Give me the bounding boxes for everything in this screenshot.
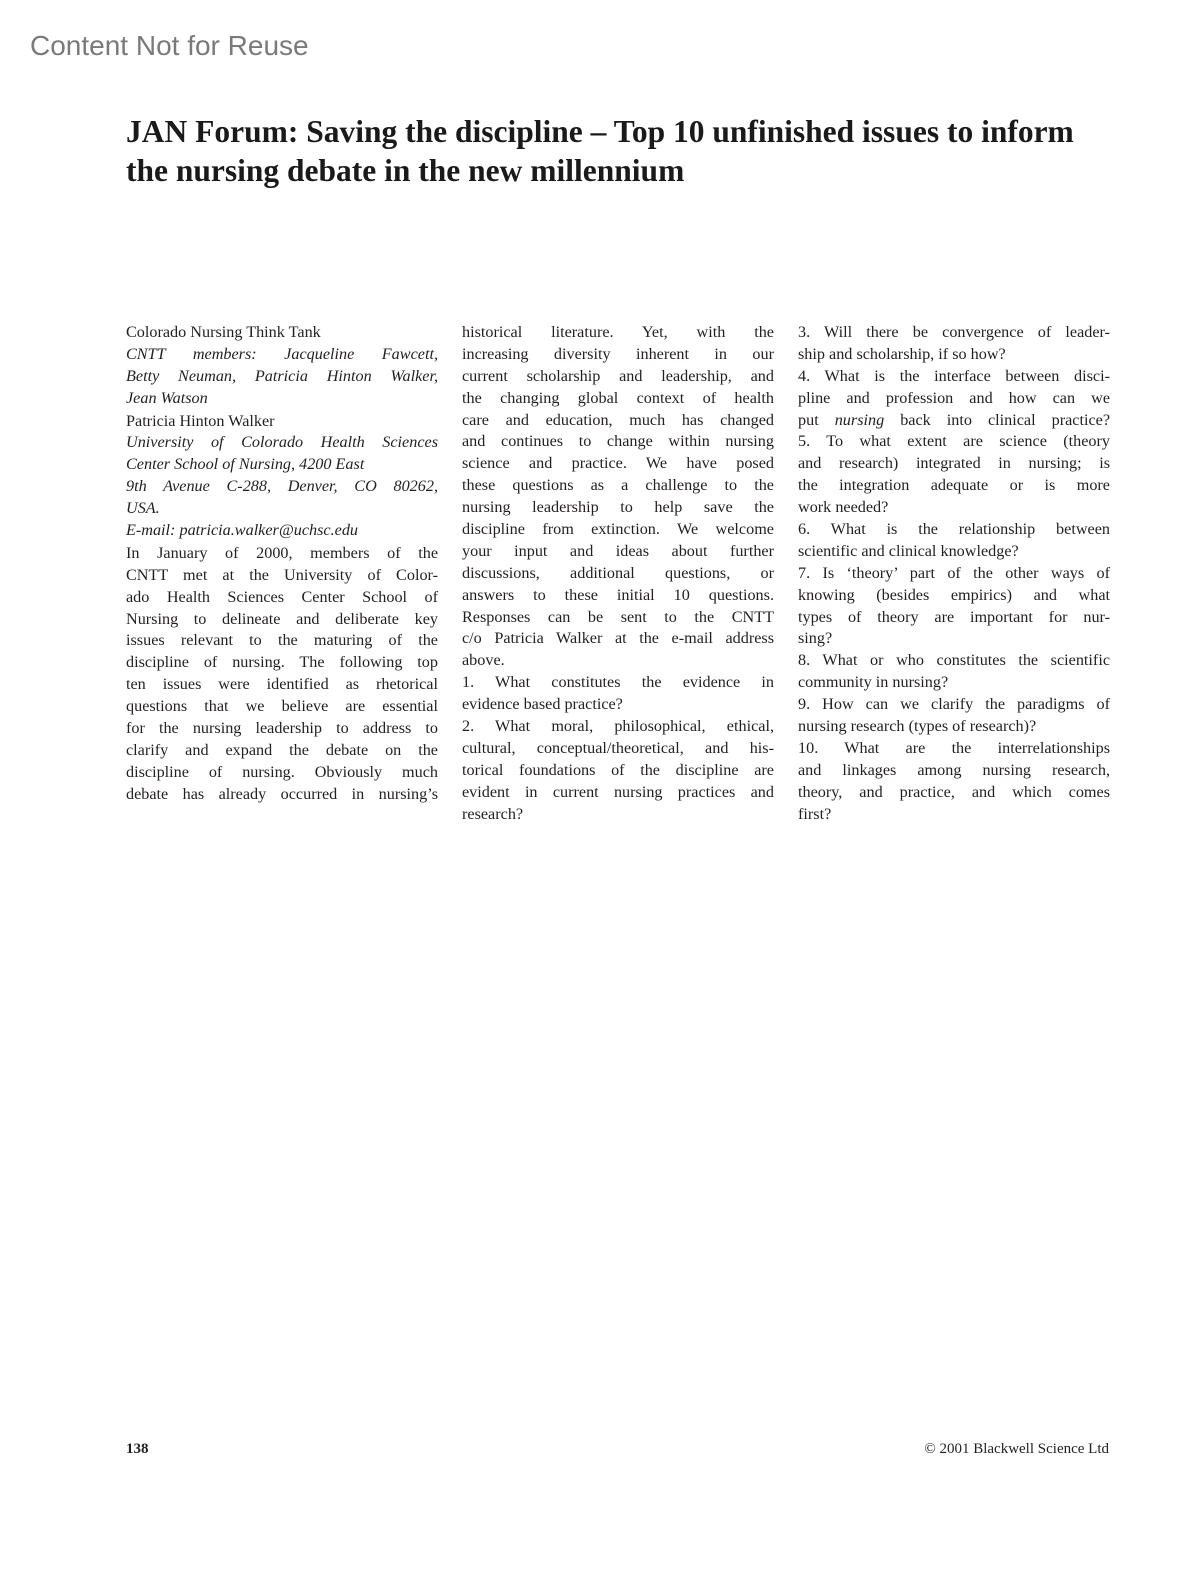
- page-number: 138: [126, 1441, 149, 1458]
- question-4: 4. What is the interface between disci-: [798, 366, 1110, 388]
- contact-name: Patricia Hinton Walker: [126, 411, 438, 433]
- question-1-cont: evidence based practice?: [462, 694, 774, 716]
- author-group: Colorado Nursing Think Tank: [126, 322, 438, 344]
- address-line: USA.: [126, 498, 438, 520]
- question-10: 10. What are the interrelationships: [798, 738, 1110, 760]
- body-line: debate has already occurred in nursing’s: [126, 784, 438, 806]
- body-line: current scholarship and leadership, and: [462, 366, 774, 388]
- question-7-cont: knowing (besides empirics) and what: [798, 585, 1110, 607]
- body-line: your input and ideas about further: [462, 541, 774, 563]
- question-10-cont: first?: [798, 804, 1110, 826]
- body-line: discipline from extinction. We welcome: [462, 519, 774, 541]
- question-5: 5. To what extent are science (theory: [798, 431, 1110, 453]
- question-2-cont: research?: [462, 804, 774, 826]
- question-10-cont: theory, and practice, and which comes: [798, 782, 1110, 804]
- address-line: Center School of Nursing, 4200 East: [126, 454, 438, 476]
- body-line: issues relevant to the maturing of the: [126, 630, 438, 652]
- question-5-cont: work needed?: [798, 497, 1110, 519]
- body-line: answers to these initial 10 questions.: [462, 585, 774, 607]
- article-title: JAN Forum: Saving the discipline – Top 1…: [126, 112, 1126, 190]
- body-line: ten issues were identified as rhetorical: [126, 674, 438, 696]
- body-line: ado Health Sciences Center School of: [126, 587, 438, 609]
- question-2: 2. What moral, philosophical, ethical,: [462, 716, 774, 738]
- body-line: the changing global context of health: [462, 388, 774, 410]
- copyright-notice: © 2001 Blackwell Science Ltd: [924, 1441, 1109, 1458]
- body-line: for the nursing leadership to address to: [126, 718, 438, 740]
- body-line: In January of 2000, members of the: [126, 543, 438, 565]
- title-line-2: the nursing debate in the new millennium: [126, 151, 1126, 190]
- question-3-cont: ship and scholarship, if so how?: [798, 344, 1110, 366]
- members-line: Jean Watson: [126, 388, 438, 410]
- question-2-cont: evident in current nursing practices and: [462, 782, 774, 804]
- body-line: and continues to change within nursing: [462, 431, 774, 453]
- body-line: discipline of nursing. The following top: [126, 652, 438, 674]
- column-2: historical literature. Yet, with the inc…: [462, 322, 774, 825]
- body-line: discipline of nursing. Obviously much: [126, 762, 438, 784]
- watermark: Content Not for Reuse: [30, 30, 309, 62]
- body-line: clarify and expand the debate on the: [126, 740, 438, 762]
- members-line: CNTT members: Jacqueline Fawcett,: [126, 344, 438, 366]
- question-7-cont: sing?: [798, 628, 1110, 650]
- question-6-cont: scientific and clinical knowledge?: [798, 541, 1110, 563]
- body-line: Nursing to delineate and deliberate key: [126, 609, 438, 631]
- question-5-cont: and research) integrated in nursing; is: [798, 453, 1110, 475]
- column-3: 3. Will there be convergence of leader- …: [798, 322, 1110, 825]
- body-line: these questions as a challenge to the: [462, 475, 774, 497]
- question-10-cont: and linkages among nursing research,: [798, 760, 1110, 782]
- question-5-cont: the integration adequate or is more: [798, 475, 1110, 497]
- body-line: increasing diversity inherent in our: [462, 344, 774, 366]
- question-4-cont: pline and profession and how can we: [798, 388, 1110, 410]
- email-link[interactable]: E-mail: patricia.walker@uchsc.edu: [126, 520, 438, 542]
- title-line-1: JAN Forum: Saving the discipline – Top 1…: [126, 112, 1126, 151]
- address-line: 9th Avenue C-288, Denver, CO 80262,: [126, 476, 438, 498]
- question-9: 9. How can we clarify the paradigms of: [798, 694, 1110, 716]
- question-4-cont: put nursing back into clinical practice?: [798, 410, 1110, 432]
- members-line: Betty Neuman, Patricia Hinton Walker,: [126, 366, 438, 388]
- body-line: discussions, additional questions, or: [462, 563, 774, 585]
- body-line: CNTT met at the University of Color-: [126, 565, 438, 587]
- column-1: Colorado Nursing Think Tank CNTT members…: [126, 322, 438, 806]
- body-line: Responses can be sent to the CNTT: [462, 607, 774, 629]
- question-9-cont: nursing research (types of research)?: [798, 716, 1110, 738]
- body-line: above.: [462, 650, 774, 672]
- body-line: historical literature. Yet, with the: [462, 322, 774, 344]
- question-7-cont: types of theory are important for nur-: [798, 607, 1110, 629]
- emphasized-word: nursing: [835, 411, 884, 429]
- question-8-cont: community in nursing?: [798, 672, 1110, 694]
- address-line: University of Colorado Health Sciences: [126, 432, 438, 454]
- question-7: 7. Is ‘theory’ part of the other ways of: [798, 563, 1110, 585]
- body-line: c/o Patricia Walker at the e-mail addres…: [462, 628, 774, 650]
- body-line: questions that we believe are essential: [126, 696, 438, 718]
- body-line: nursing leadership to help save the: [462, 497, 774, 519]
- body-line: care and education, much has changed: [462, 410, 774, 432]
- body-line: science and practice. We have posed: [462, 453, 774, 475]
- question-2-cont: cultural, conceptual/theoretical, and hi…: [462, 738, 774, 760]
- question-1: 1. What constitutes the evidence in: [462, 672, 774, 694]
- question-2-cont: torical foundations of the discipline ar…: [462, 760, 774, 782]
- question-6: 6. What is the relationship between: [798, 519, 1110, 541]
- question-3: 3. Will there be convergence of leader-: [798, 322, 1110, 344]
- question-8: 8. What or who constitutes the scientifi…: [798, 650, 1110, 672]
